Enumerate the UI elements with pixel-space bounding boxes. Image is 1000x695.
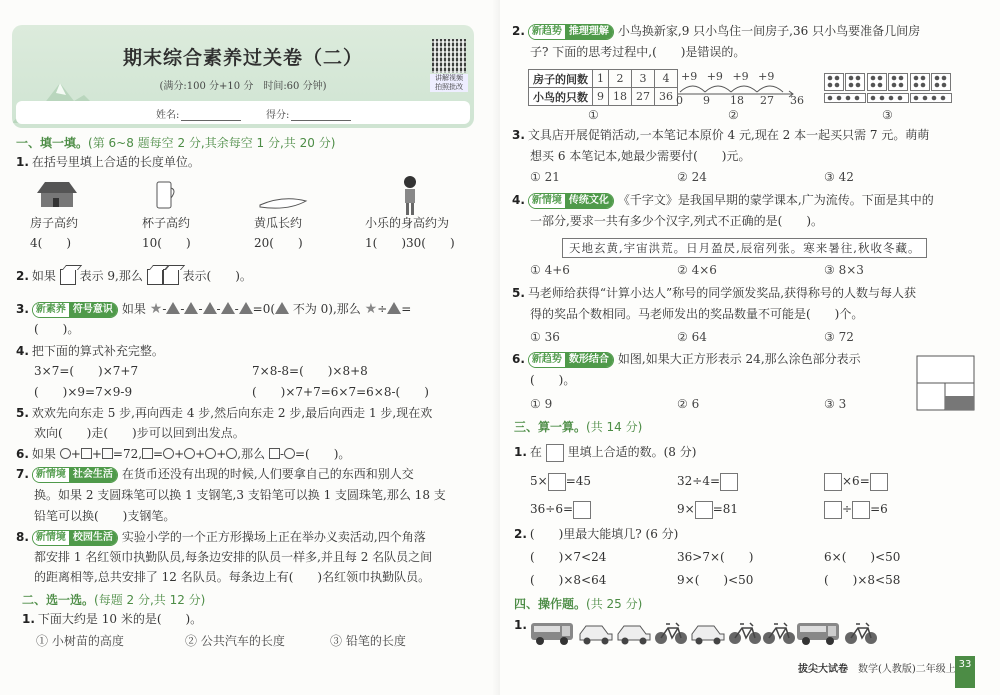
option[interactable]: ② 6 [677, 397, 699, 411]
inequality[interactable]: ( )×7<24 [530, 546, 606, 568]
figure-caption[interactable]: ② [728, 108, 739, 122]
qr-code-icon[interactable] [432, 39, 466, 73]
answer-box[interactable] [824, 473, 842, 491]
boy-icon [400, 175, 420, 217]
equation: 9×=81 [677, 498, 738, 520]
circle-icon [184, 448, 195, 459]
question-2-6-line2[interactable]: ( )。 [530, 369, 575, 391]
q1-item-label: 杯子高约 [142, 212, 190, 234]
circle-icon [205, 448, 216, 459]
car-icon [580, 626, 612, 645]
cucumber-icon [258, 197, 308, 211]
option[interactable]: ③ 铅笔的长度 [330, 632, 406, 649]
option[interactable]: ① 4+6 [530, 263, 570, 277]
inequality[interactable]: ( )×8<58 [824, 569, 900, 591]
score-field[interactable]: 得分: [266, 106, 351, 121]
exam-subtitle: (满分:100 分+10 分 时间:60 分钟) [12, 77, 474, 92]
option[interactable]: ① 36 [530, 330, 560, 344]
car-icon [692, 626, 724, 645]
answer-box[interactable] [870, 473, 888, 491]
triangle-icon [239, 302, 253, 314]
bike-icon [655, 623, 687, 644]
question-2-2-line2[interactable]: 子? 下面的思考过程中,( )是错误的。 [530, 41, 745, 63]
triangle-icon [166, 302, 180, 314]
q1-item-label: 黄瓜长约 [254, 212, 302, 234]
bike-icon [845, 623, 877, 644]
question-1-1: 1.在括号里填上合适的长度单位。 [16, 151, 200, 173]
option[interactable]: ① 21 [530, 170, 560, 184]
question-1-8: 8.新情境校园生活实验小学的一个正方形操场上正在举办义卖活动,四个角落 [16, 526, 426, 548]
option[interactable]: ① 9 [530, 397, 552, 411]
footer-text: 拔尖大试卷 数学(人教版)二年级上 [798, 660, 956, 675]
figure-caption[interactable]: ① [588, 108, 599, 122]
equation: 32÷4= [677, 470, 738, 492]
topic-badge: 新趋势数形结合 [528, 352, 614, 368]
cube-icon [60, 269, 76, 285]
header-banner: 期末综合素养过关卷（二） (满分:100 分+10 分 时间:60 分钟) 讲解… [12, 25, 474, 128]
square-icon [81, 448, 92, 459]
triangle-icon [184, 302, 198, 314]
poem-box: 天地玄黄,宇宙洪荒。日月盈昃,辰宿列张。寒来暑往,秋收冬藏。 [562, 238, 927, 258]
left-page: 期末综合素养过关卷（二） (满分:100 分+10 分 时间:60 分钟) 讲解… [0, 0, 500, 695]
cube-stack-icon [147, 269, 163, 285]
question-2-2: 2.新趋势推理理解小鸟换新家,9 只小鸟住一间房子,36 只小鸟要准备几间房 [512, 20, 920, 42]
star-icon: ★ [150, 301, 163, 317]
circle-icon [60, 448, 71, 459]
answer-blank[interactable]: 1( )30( ) [365, 232, 455, 254]
equation: 5×=45 [530, 470, 591, 492]
question-1-8-line3[interactable]: 的距离相等,总共安排了 12 名队员。每条边上有( )名红领巾执勤队员。 [34, 566, 430, 588]
right-page: 2.新趋势推理理解小鸟换新家,9 只小鸟住一间房子,36 只小鸟要准备几间房 子… [500, 0, 1000, 695]
answer-box[interactable] [720, 473, 738, 491]
question-2-5-line2[interactable]: 得的奖品个数相同。马老师发出的奖品数量不可能是( )个。 [530, 303, 863, 325]
question-2-4-line2[interactable]: 一部分,要求一共有多少个汉字,列式不正确的是( )。 [530, 210, 823, 232]
triangle-icon [221, 302, 235, 314]
option[interactable]: ② 64 [677, 330, 707, 344]
equation[interactable]: 3×7=( )×7+7 [34, 360, 138, 382]
square-icon [142, 448, 153, 459]
answer-box-icon [546, 444, 564, 462]
section-heading: 四、操作题。(共 25 分) [514, 595, 642, 612]
question-1-2: 2.如果 表示 9,那么 表示( )。 [16, 265, 252, 287]
topic-badge: 新趋势推理理解 [528, 24, 614, 40]
house-icon [37, 180, 77, 208]
number-line-steps: +9 +9 +9 +9 [681, 70, 774, 83]
number-line-ticks: 09182736 [676, 94, 804, 107]
topic-badge: 新情境社会生活 [32, 467, 118, 483]
q1-item-label: 房子高约 [30, 212, 78, 234]
option[interactable]: ③ 42 [824, 170, 854, 184]
equation: ÷=6 [824, 498, 888, 520]
question-3-1: 1.在 里填上合适的数。(8 分) [514, 441, 696, 463]
option[interactable]: ③ 3 [824, 397, 846, 411]
answer-blank[interactable]: 20( ) [254, 232, 303, 254]
square-icon [269, 448, 280, 459]
answer-blank[interactable]: 4( ) [30, 232, 71, 254]
answer-box[interactable] [852, 501, 870, 519]
question-1-5-line2[interactable]: 欢向( )走( )步可以回到出发点。 [34, 422, 245, 444]
section-heading: 二、选一选。(每题 2 分,共 12 分) [22, 591, 205, 608]
question-2-6: 6.新趋势数形结合如图,如果大正方形表示 24,那么涂色部分表示 [512, 348, 861, 370]
triangle-icon [387, 302, 401, 314]
option[interactable]: ② 4×6 [677, 263, 717, 277]
circle-icon [163, 448, 174, 459]
option[interactable]: ③ 72 [824, 330, 854, 344]
page-number: 33 [955, 656, 975, 688]
topic-badge: 新情境传统文化 [528, 193, 614, 209]
qr-caption: 讲解视频拍照批改 [430, 74, 468, 92]
question-1-8-line2: 都安排 1 名红领巾执勤队员,每条边安排的队员一样多,并且每 2 名队员之间 [34, 546, 432, 568]
equation[interactable]: ( )×9=7×9-9 [34, 381, 132, 403]
option[interactable]: ② 24 [677, 170, 707, 184]
answer-blank[interactable]: ( )。 [34, 318, 79, 340]
section-heading: 一、填一填。(第 6~8 题每空 2 分,其余每空 1 分,共 20 分) [16, 134, 335, 151]
vehicle-row [530, 620, 890, 646]
answer-box[interactable] [548, 473, 566, 491]
cup-icon [155, 180, 177, 210]
cube-stack-icon [163, 269, 179, 285]
option[interactable]: ② 公共汽车的长度 [185, 632, 285, 649]
question-1-7: 7.新情境社会生活在货币还没有出现的时候,人们要拿自己的东西和别人交 [16, 463, 414, 485]
circle-icon [226, 448, 237, 459]
question-3-2: 2.( )里最大能填几? (6 分) [514, 523, 678, 545]
figure-caption[interactable]: ③ [882, 108, 893, 122]
triangle-icon [203, 302, 217, 314]
question-2-3: 3.文具店开展促销活动,一本笔记本原价 4 元,现在 2 本一起买只需 7 元。… [512, 124, 929, 146]
question-1-6: 6.如果 ++=72,=+++,那么 -=( )。 [16, 443, 350, 465]
bike-icon [729, 623, 761, 644]
bus-icon [531, 623, 573, 645]
page-title: 期末综合素养过关卷（二） [12, 43, 474, 70]
question-2-1: 1.下面大约是 10 米的是( )。 [22, 608, 202, 630]
question-2-3-line2[interactable]: 想买 6 本笔记本,她最少需要付( )元。 [530, 145, 750, 167]
equation: ×6= [824, 470, 888, 492]
answer-box[interactable] [573, 501, 591, 519]
section-heading: 三、算一算。(共 14 分) [514, 418, 642, 435]
triangle-icon [275, 302, 289, 314]
topic-badge: 新素养符号意识 [32, 302, 118, 318]
inequality[interactable]: 9×( )<50 [677, 569, 753, 591]
question-1-7-line3[interactable]: 铅笔可以换( )支钢笔。 [34, 505, 175, 527]
bike-icon [763, 623, 795, 644]
inequality[interactable]: 6×( )<50 [824, 546, 900, 568]
equation: 36÷6= [530, 498, 591, 520]
bird-table: 房子的间数1234 小鸟的只数9182736 [528, 69, 678, 106]
circle-icon [284, 448, 295, 459]
bus-icon [797, 623, 839, 645]
star-icon: ★ [365, 301, 378, 317]
answer-box[interactable] [695, 501, 713, 519]
square-icon [102, 448, 113, 459]
question-1-7-line2: 换。如果 2 支圆珠笔可以换 1 支钢笔,3 支铅笔可以换 1 支圆珠笔,那么 … [34, 484, 446, 506]
student-info: 姓名: 得分: [16, 101, 470, 124]
dots-icon [824, 73, 954, 107]
answer-box[interactable] [824, 501, 842, 519]
question-2-5: 5.马老师给获得“计算小达人”称号的同学颁发奖品,获得称号的人数与每人获 [512, 282, 916, 304]
inequality[interactable]: 36>7×( ) [677, 546, 753, 568]
equation[interactable]: 7×8-8=( )×8+8 [252, 360, 368, 382]
equation[interactable]: ( )×7+7=6×7=6×8-( ) [252, 381, 429, 403]
inequality[interactable]: ( )×8<64 [530, 569, 606, 591]
topic-badge: 新情境校园生活 [32, 530, 118, 546]
question-2-4: 4.新情境传统文化《千字文》是我国早期的蒙学课本,广为流传。下面是其中的 [512, 189, 934, 211]
question-1-4: 4.把下面的算式补充完整。 [16, 340, 164, 362]
name-field[interactable]: 姓名: [156, 106, 241, 121]
question-1-5: 5.欢欢先向东走 5 步,再向西走 4 步,然后向东走 2 步,最后向西走 1 … [16, 402, 432, 424]
car-icon [618, 626, 650, 645]
square-diagram [916, 355, 976, 411]
option[interactable]: ① 小树苗的高度 [36, 632, 124, 649]
option[interactable]: ③ 8×3 [824, 263, 864, 277]
answer-blank[interactable]: 10( ) [142, 232, 191, 254]
q1-item-label: 小乐的身高约为 [365, 212, 449, 234]
question-1-3: 3.新素养符号意识如果 ★-----=0( 不为 0),那么 ★÷= [16, 298, 411, 320]
question-4-1: 1. [514, 614, 530, 636]
